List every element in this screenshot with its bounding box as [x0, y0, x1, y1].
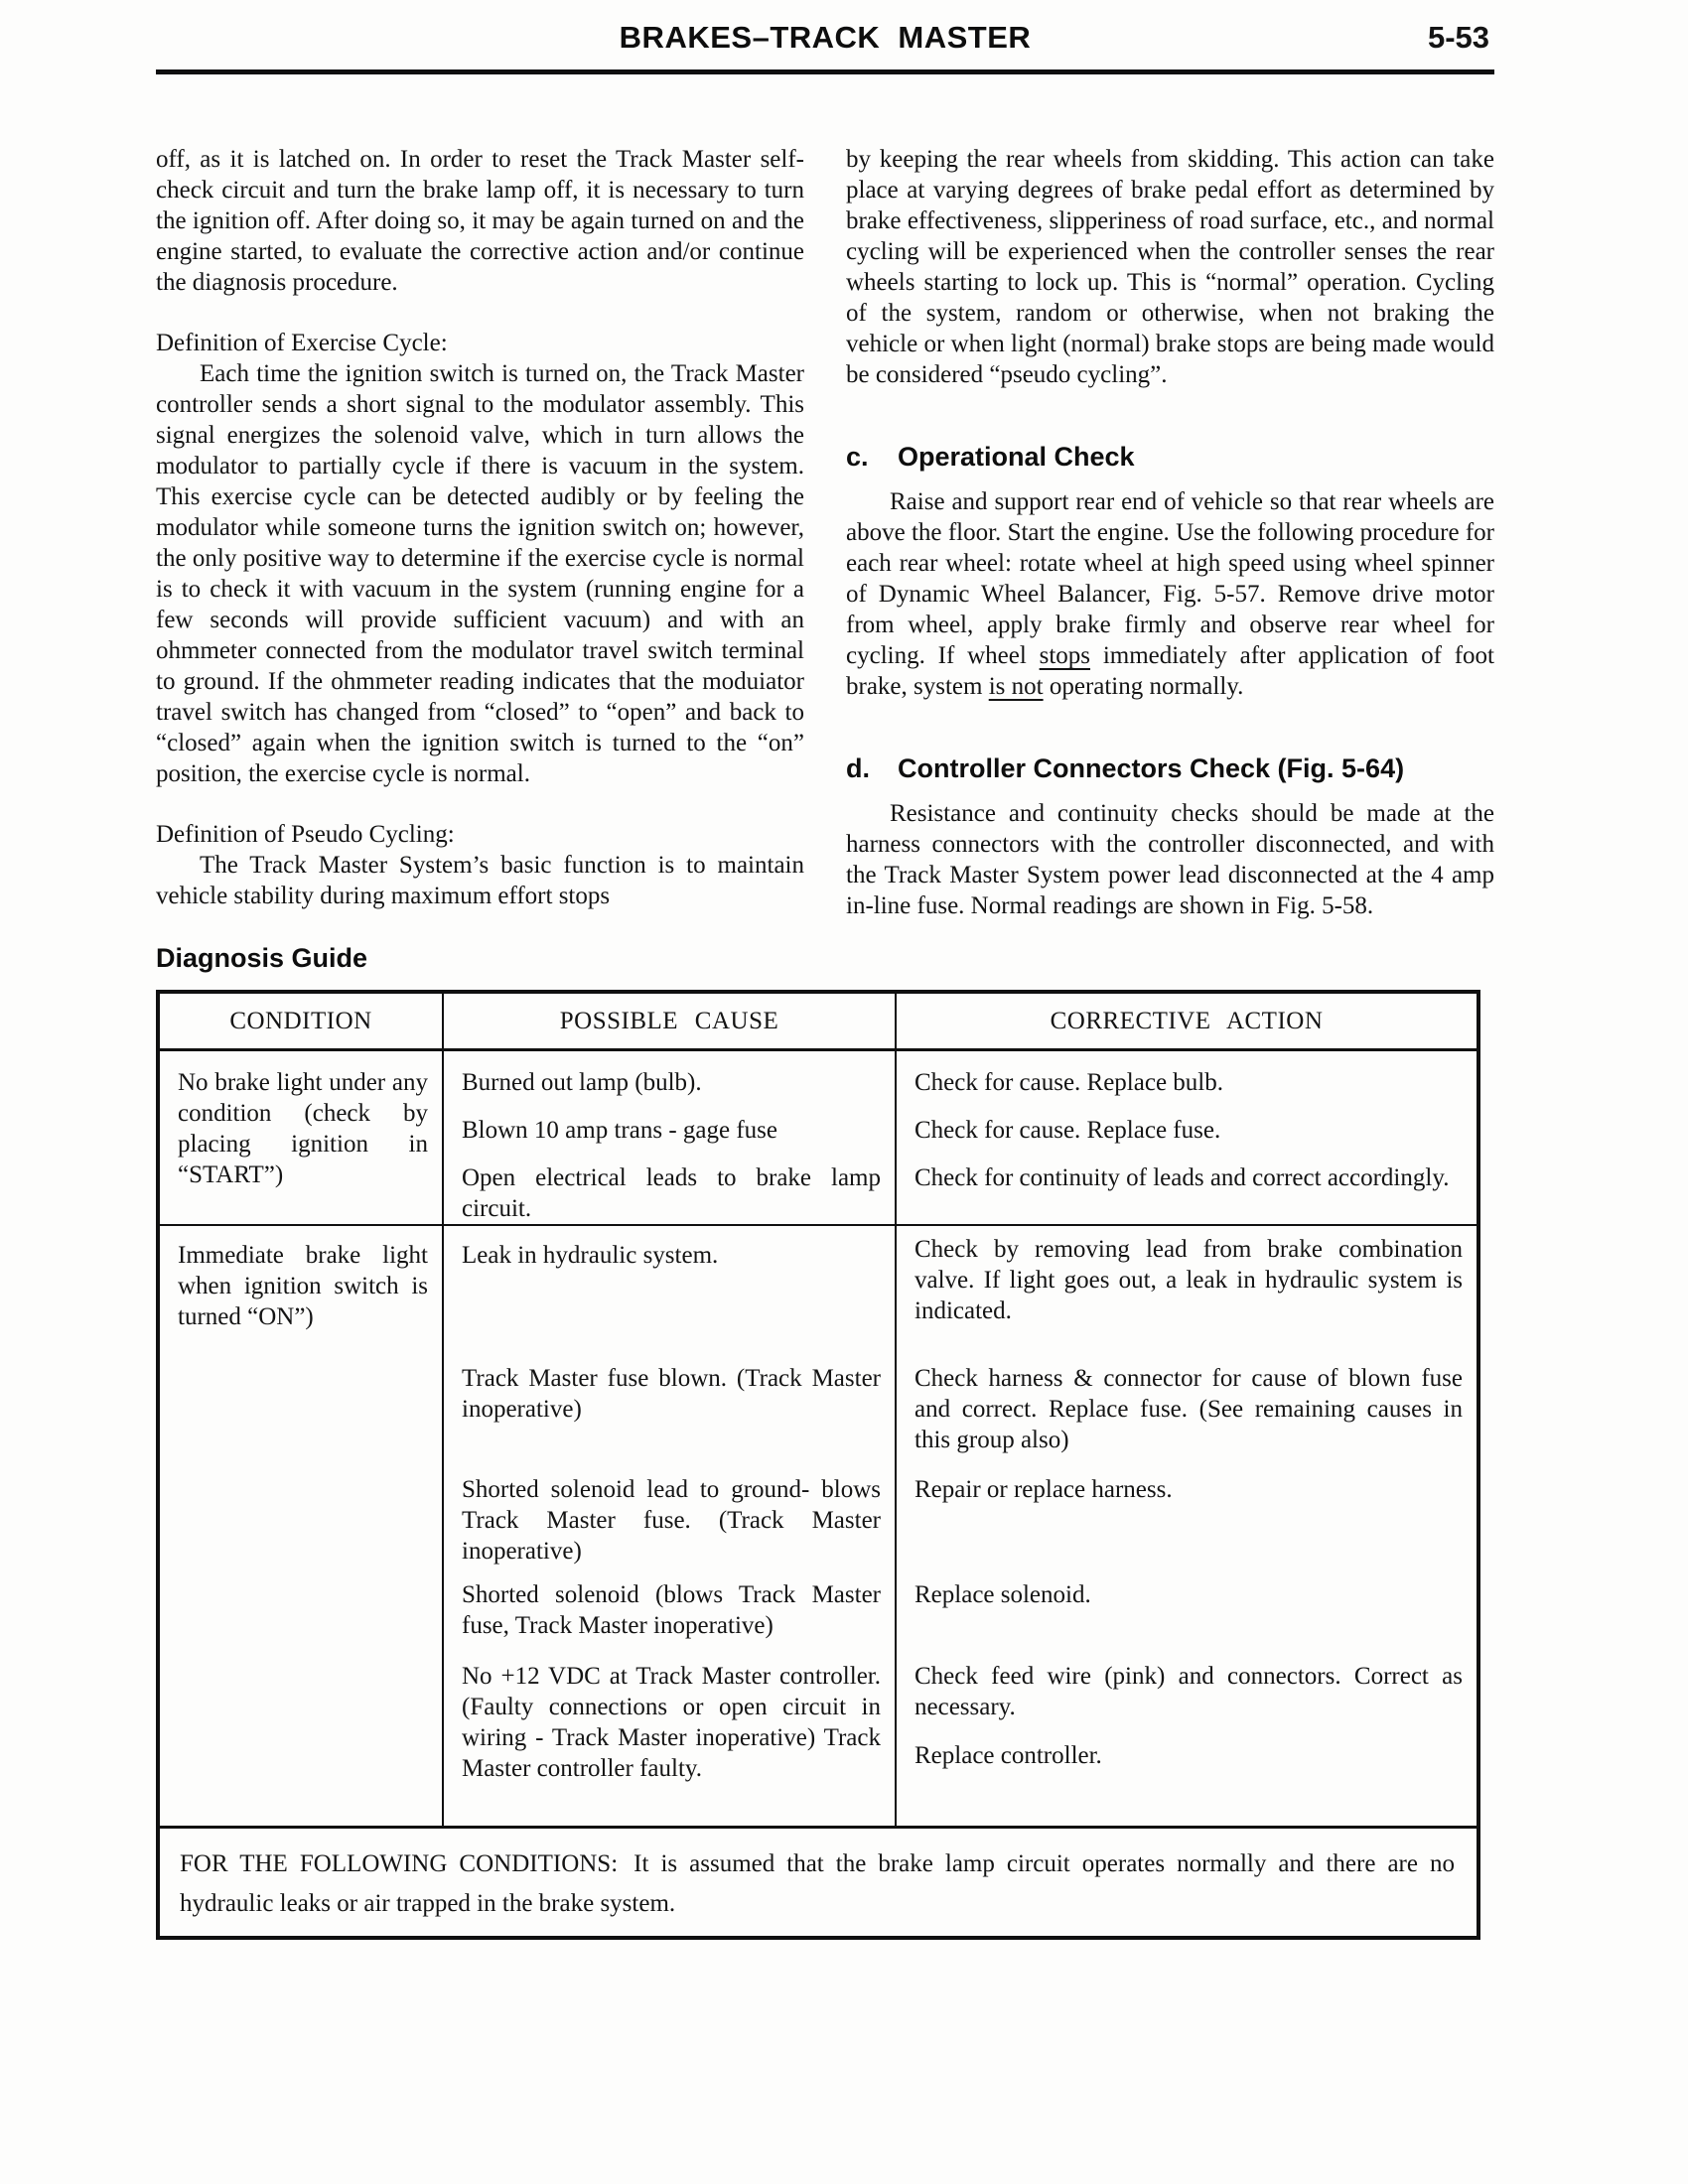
paragraph-operational-check: Raise and support rear end of vehicle so…: [846, 486, 1494, 702]
section-letter-c: c.: [846, 442, 898, 473]
definition-exercise-cycle-body: Each time the ignition switch is turned …: [156, 358, 804, 789]
right-column: by keeping the rear wheels from skidding…: [846, 144, 1494, 921]
section-title-operational-check: Operational Check: [898, 442, 1135, 472]
definition-exercise-cycle-heading: Definition of Exercise Cycle:: [156, 328, 804, 358]
header-rule: [156, 69, 1494, 74]
cause-item: No +12 VDC at Track Master controller. (…: [462, 1661, 881, 1784]
body-columns: off, as it is latched on. In order to re…: [156, 144, 1494, 921]
action-item: Check for continuity of leads and correc…: [914, 1162, 1463, 1193]
corrective-action-cell: Check for cause. Replace bulb. Check for…: [897, 1051, 1477, 1226]
corrective-action-cell: Check feed wire (pink) and connectors. C…: [897, 1659, 1477, 1826]
corrective-action-cell: Repair or replace harness.: [897, 1472, 1477, 1577]
page-header: BRAKES–TRACK MASTER 5-53: [156, 0, 1494, 64]
footer-note-label: FOR THE FOLLOWING CONDITIONS:: [180, 1850, 633, 1877]
possible-cause-cell: Shorted solenoid lead to ground- blows T…: [444, 1472, 897, 1577]
left-column: off, as it is latched on. In order to re…: [156, 144, 804, 921]
cause-item: Open electrical leads to brake lamp circ…: [462, 1162, 881, 1224]
possible-cause-cell: Burned out lamp (bulb). Blown 10 amp tra…: [444, 1051, 897, 1226]
possible-cause-cell: Shorted solenoid (blows Track Master fus…: [444, 1577, 897, 1659]
possible-cause-cell: No +12 VDC at Track Master controller. (…: [444, 1659, 897, 1826]
section-heading-operational-check: c.Operational Check: [846, 442, 1494, 473]
table-footer-note: FOR THE FOLLOWING CONDITIONS:It is assum…: [160, 1826, 1477, 1936]
page-content: BRAKES–TRACK MASTER 5-53 off, as it is l…: [156, 0, 1494, 1940]
cause-item: Leak in hydraulic system.: [462, 1240, 881, 1271]
underlined-words-is-not: is not: [989, 673, 1044, 700]
diagnosis-guide-heading: Diagnosis Guide: [156, 943, 1494, 974]
definition-pseudo-cycling-body: The Track Master System’s basic function…: [156, 850, 804, 911]
condition-text: Immediate brake light when ignition swit…: [178, 1240, 428, 1332]
column-header-corrective-action: CORRECTIVE ACTION: [897, 994, 1477, 1051]
manual-page: BRAKES–TRACK MASTER 5-53 off, as it is l…: [0, 0, 1688, 2184]
action-item: Check feed wire (pink) and connectors. C…: [914, 1661, 1463, 1722]
paragraph-reset-procedure: off, as it is latched on. In order to re…: [156, 144, 804, 298]
underlined-word-stops: stops: [1040, 642, 1090, 669]
cause-item: Shorted solenoid lead to ground- blows T…: [462, 1474, 881, 1567]
definition-pseudo-cycling-heading: Definition of Pseudo Cycling:: [156, 819, 804, 850]
column-header-condition: CONDITION: [160, 994, 444, 1051]
condition-cell: No brake light under any condition (chec…: [160, 1051, 444, 1226]
corrective-action-cell: Check harness & connector for cause of b…: [897, 1361, 1477, 1472]
action-item: Check for cause. Replace bulb.: [914, 1067, 1463, 1098]
cause-item: Burned out lamp (bulb).: [462, 1067, 881, 1098]
cause-item: Track Master fuse blown. (Track Master i…: [462, 1363, 881, 1425]
paragraph-pseudo-cycling: by keeping the rear wheels from skidding…: [846, 144, 1494, 390]
cause-item: Shorted solenoid (blows Track Master fus…: [462, 1579, 881, 1641]
page-number: 5-53: [1428, 20, 1489, 56]
corrective-action-cell: Check by removing lead from brake combin…: [897, 1226, 1477, 1361]
operational-check-text: operating normally.: [1044, 673, 1244, 700]
section-heading-controller-connectors: d.Controller Connectors Check (Fig. 5-64…: [846, 753, 1494, 784]
paragraph-controller-connectors: Resistance and continuity checks should …: [846, 798, 1494, 921]
section-letter-d: d.: [846, 753, 898, 784]
column-header-possible-cause: POSSIBLE CAUSE: [444, 994, 897, 1051]
section-title-controller-connectors: Controller Connectors Check (Fig. 5-64): [898, 753, 1404, 783]
action-item: Replace controller.: [914, 1740, 1463, 1771]
diagnosis-table: CONDITION POSSIBLE CAUSE CORRECTIVE ACTI…: [156, 990, 1480, 1940]
cause-item: Blown 10 amp trans - gage fuse: [462, 1115, 881, 1146]
condition-cell: Immediate brake light when ignition swit…: [160, 1226, 444, 1826]
possible-cause-cell: Leak in hydraulic system.: [444, 1226, 897, 1361]
action-item: Repair or replace harness.: [914, 1474, 1463, 1505]
action-item: Check by removing lead from brake combin…: [914, 1234, 1463, 1326]
action-item: Replace solenoid.: [914, 1579, 1463, 1610]
action-item: Check harness & connector for cause of b…: [914, 1363, 1463, 1455]
condition-text: No brake light under any condition (chec…: [178, 1067, 428, 1190]
action-item: Check for cause. Replace fuse.: [914, 1115, 1463, 1146]
corrective-action-cell: Replace solenoid.: [897, 1577, 1477, 1659]
possible-cause-cell: Track Master fuse blown. (Track Master i…: [444, 1361, 897, 1472]
page-title: BRAKES–TRACK MASTER: [156, 20, 1494, 56]
